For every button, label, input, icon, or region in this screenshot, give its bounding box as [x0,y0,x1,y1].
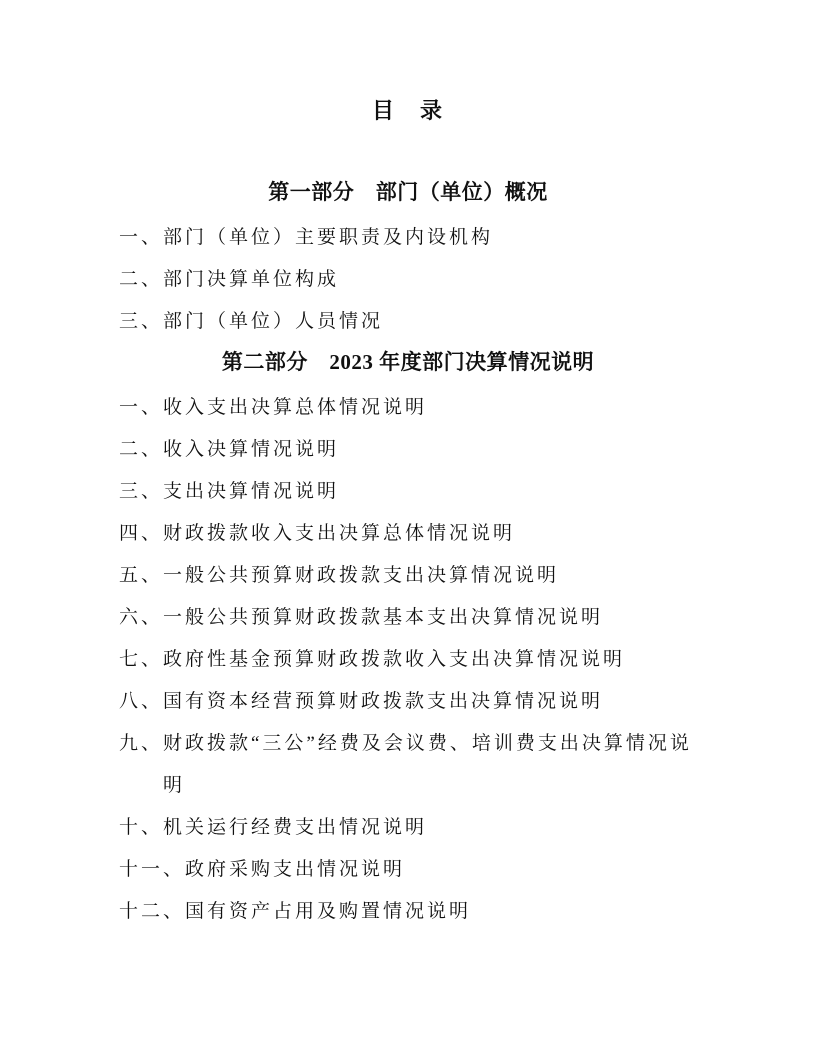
toc-list-part1: 一、部门（单位）主要职责及内设机构 二、部门决算单位构成 三、部门（单位）人员情… [119,217,729,343]
toc-item: 六、一般公共预算财政拨款基本支出决算情况说明 [119,597,729,639]
toc-item: 九、财政拨款“三公”经费及会议费、培训费支出决算情况说 明 [119,723,729,807]
toc-item: 三、支出决算情况说明 [119,471,729,513]
toc-item: 五、一般公共预算财政拨款支出决算情况说明 [119,555,729,597]
toc-item: 一、收入支出决算总体情况说明 [119,387,729,429]
section-heading-part1: 第一部分 部门（单位）概况 [0,177,816,207]
section-heading-part2: 第二部分 2023 年度部门决算情况说明 [0,347,816,377]
toc-item: 十一、政府采购支出情况说明 [119,849,729,891]
toc-item: 七、政府性基金预算财政拨款收入支出决算情况说明 [119,639,729,681]
toc-title: 目 录 [0,0,816,127]
toc-item: 三、部门（单位）人员情况 [119,301,729,343]
document-page: 目 录 第一部分 部门（单位）概况 一、部门（单位）主要职责及内设机构 二、部门… [0,0,816,1056]
toc-item: 十、机关运行经费支出情况说明 [119,807,729,849]
toc-item: 二、收入决算情况说明 [119,429,729,471]
toc-list-part2: 一、收入支出决算总体情况说明 二、收入决算情况说明 三、支出决算情况说明 四、财… [119,387,729,933]
toc-item: 二、部门决算单位构成 [119,259,729,301]
toc-item: 八、国有资本经营预算财政拨款支出决算情况说明 [119,681,729,723]
toc-item: 四、财政拨款收入支出决算总体情况说明 [119,513,729,555]
toc-item: 十二、国有资产占用及购置情况说明 [119,891,729,933]
toc-item: 一、部门（单位）主要职责及内设机构 [119,217,729,259]
